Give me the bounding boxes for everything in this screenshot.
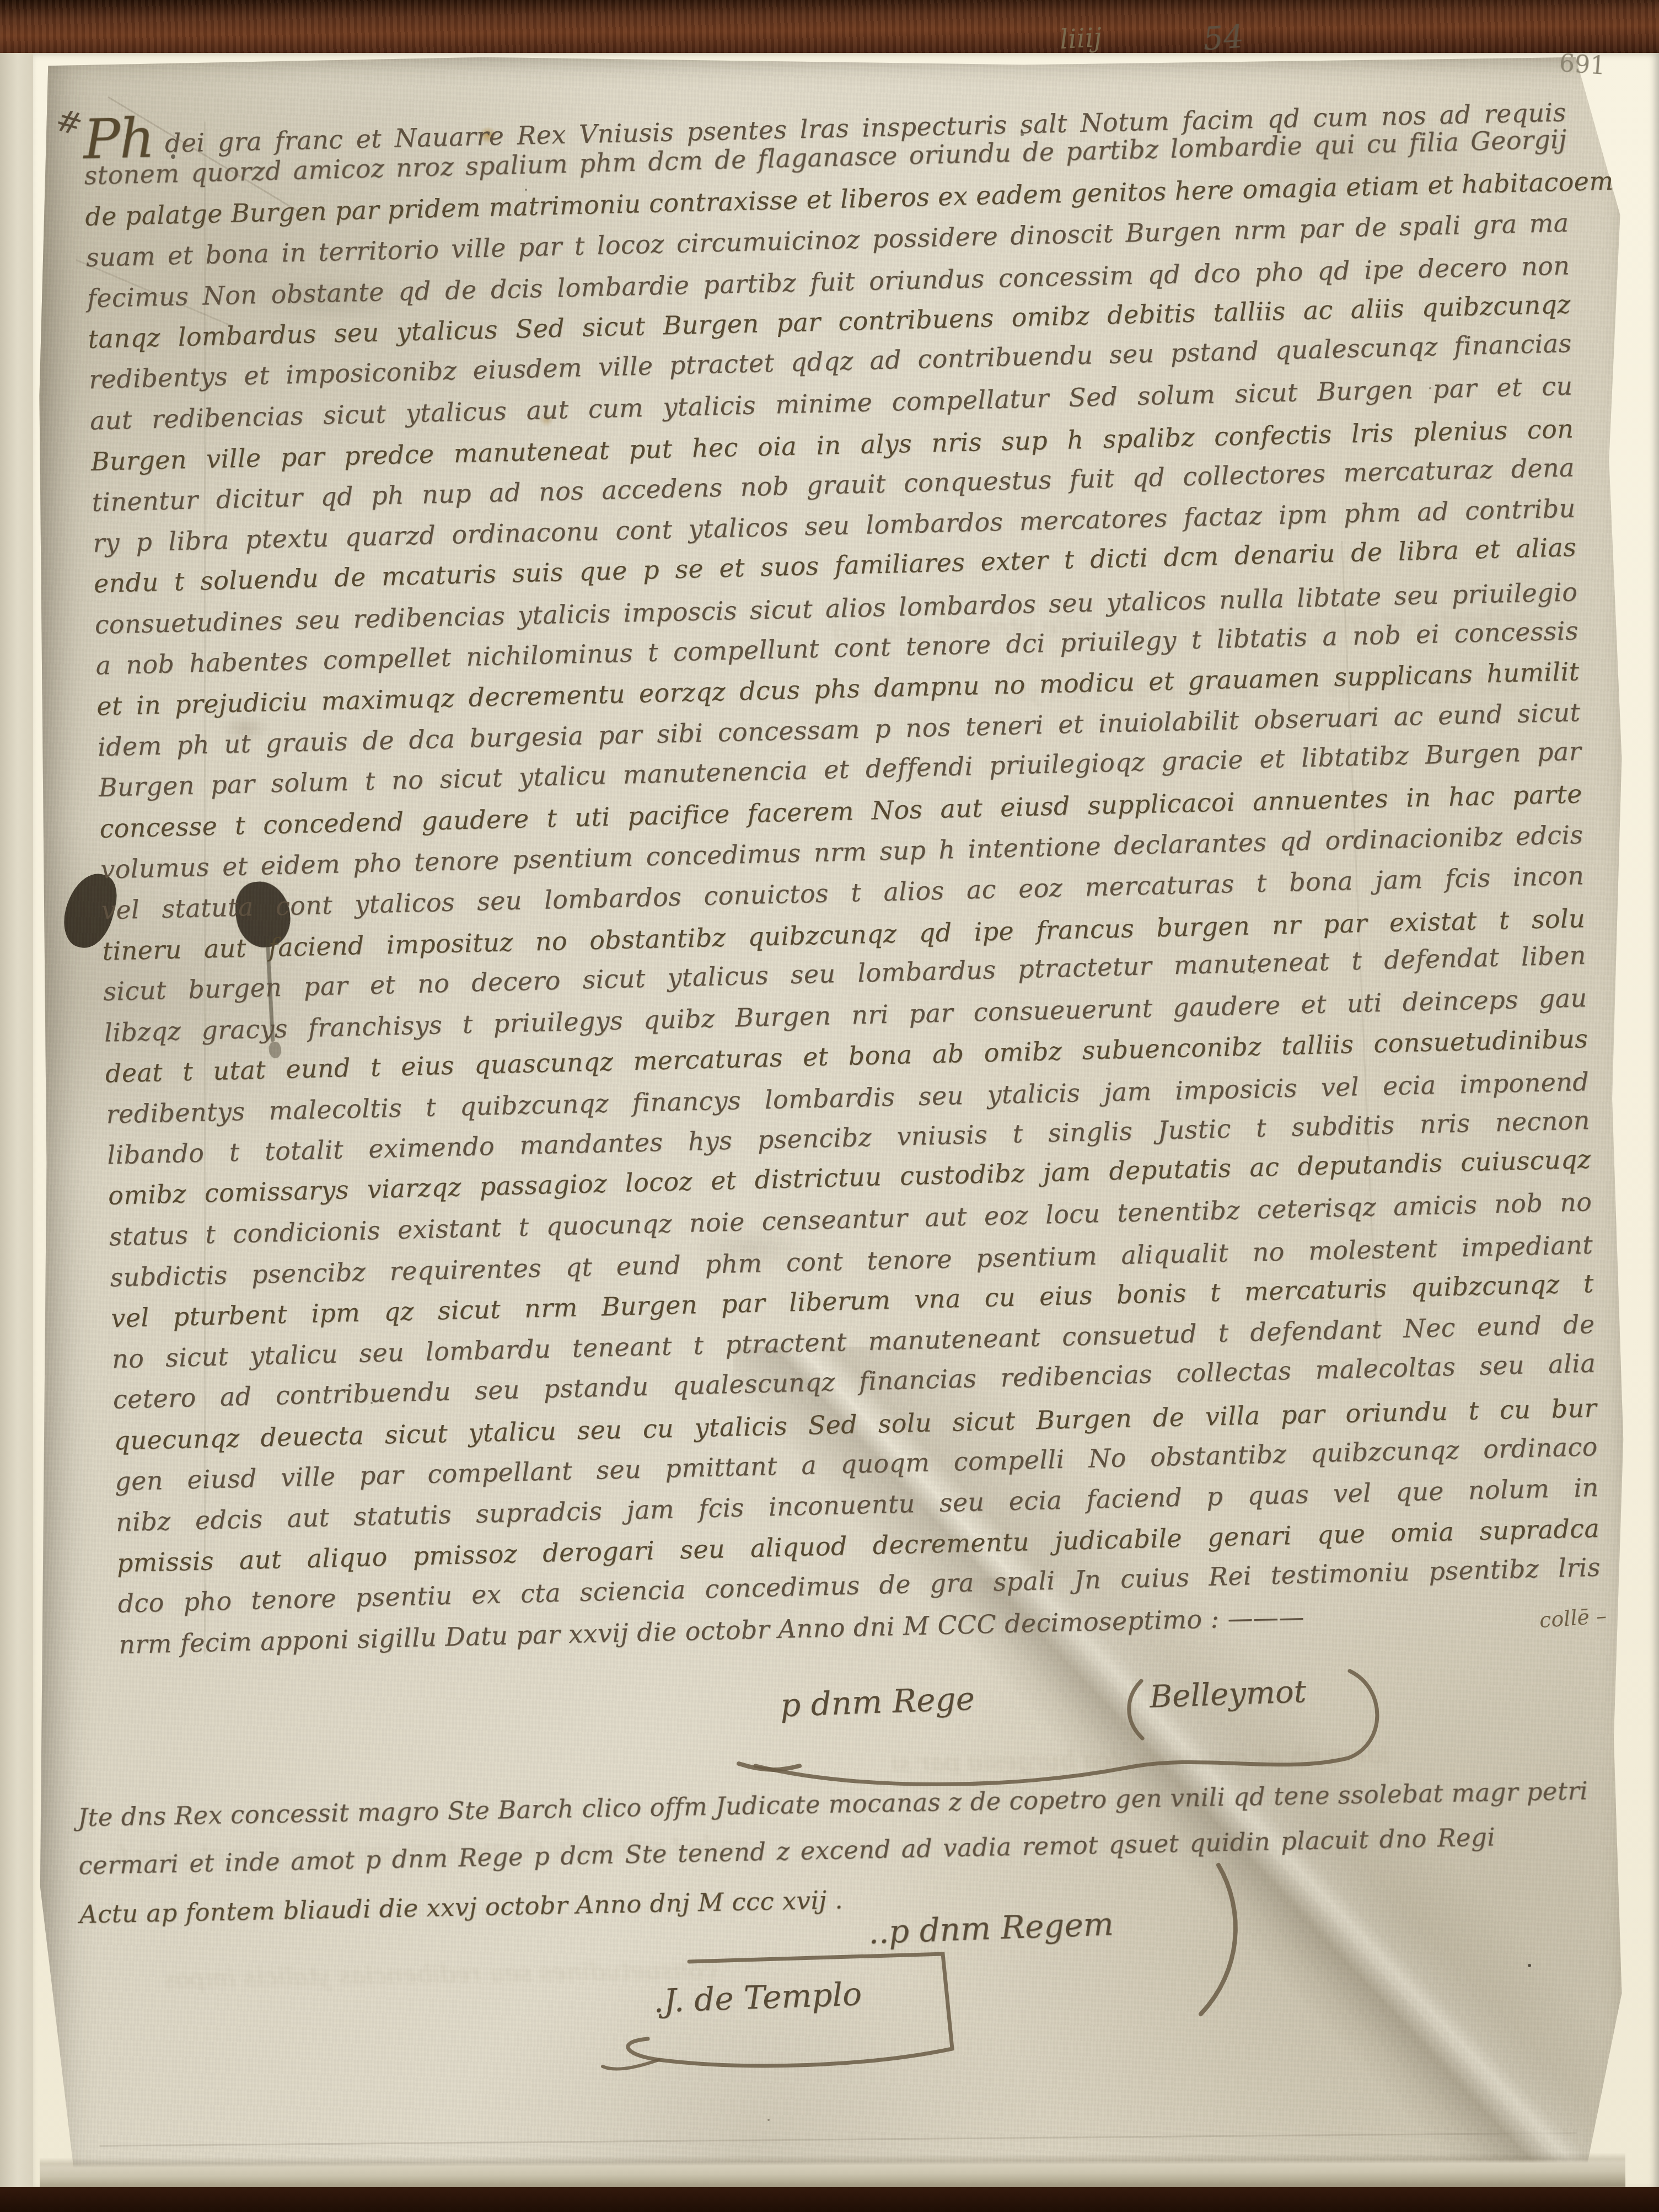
per-regem-note: p dnm Rege xyxy=(780,1680,975,1724)
binding-leather-bottom xyxy=(0,2187,1659,2212)
margin-note-collation: collē – xyxy=(1539,1604,1608,1632)
main-text-block: Phdei gra franc et Nauarre Rex Vniusis p… xyxy=(83,80,1602,1665)
second-entry-block: Jte dns Rex concessit magro Ste Barch cl… xyxy=(77,1766,1497,1939)
folio-number-arabic: 54 xyxy=(1202,18,1245,58)
folio-number-modern: 691 xyxy=(1558,49,1606,81)
manuscript-photo: { "header": { "folio_roman": "liiij", "f… xyxy=(0,0,1659,2212)
clerk-signature: .J. de Templo xyxy=(653,1975,862,2020)
folio-number-roman: liiij xyxy=(1059,22,1103,55)
crease-line xyxy=(99,2132,1577,2146)
page-bottom-edges xyxy=(40,2152,1625,2192)
signer-name: Belleymot xyxy=(1149,1674,1307,1715)
